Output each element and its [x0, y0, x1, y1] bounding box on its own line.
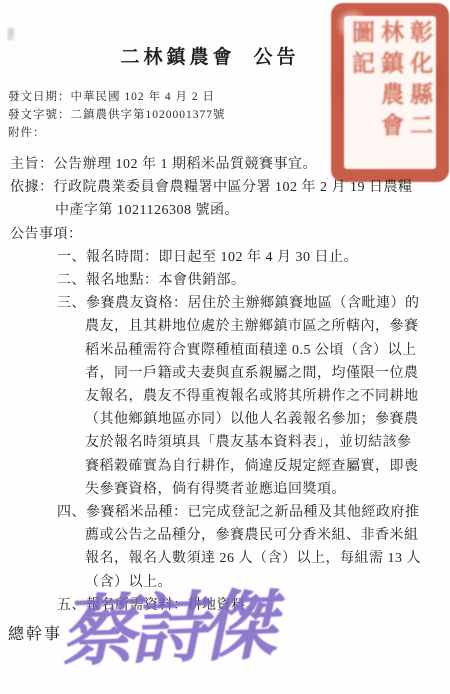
issue-date-line: 發文日期：中華民國 102 年 4 月 2 日	[8, 88, 226, 106]
subject-label: 主旨：	[10, 157, 54, 172]
item-line: （其他鄉鎮地區亦同）以他人名義報名參加；參賽農	[85, 408, 446, 431]
item-line: 友報名，農友不得重複報名或將其所耕作之不同耕地	[85, 385, 446, 408]
item-text: 參賽稻米品種：已完成登記之新品種及其他經政府推	[86, 505, 420, 520]
announcement-item-3: 三、參賽農友資格：居住於主辦鄉鎮賽地區（含毗連）的 農友，且其耕地位處於主辦鄉鎮…	[10, 292, 446, 501]
scan-smudge	[7, 27, 15, 41]
item-text: 參賽農友資格：居住於主辦鄉鎮賽地區（含毗連）的	[86, 296, 420, 311]
basis-line-2: 中產字第 1021126308 號函。	[55, 199, 446, 222]
item-text: 報名時間：即日起至 102 年 4 月 30 日止。	[86, 250, 358, 265]
doc-type: 公告	[254, 47, 300, 68]
item-number: 三、	[57, 296, 86, 311]
subject-line: 主旨：公告辦理 102 年 1 期稻米品質競賽事宜。	[10, 153, 446, 176]
item-number: 四、	[57, 505, 86, 520]
item-line: 三、參賽農友資格：居住於主辦鄉鎮賽地區（含毗連）的	[57, 292, 446, 315]
announcement-item-1: 一、報名時間：即日起至 102 年 4 月 30 日止。	[10, 246, 446, 269]
signer-title: 總幹事	[8, 621, 62, 644]
seal-column: 彰化縣二	[405, 20, 433, 165]
announcement-item-4: 四、參賽稻米品種：已完成登記之新品種及其他經政府推 薦或公告之品種分，參賽農民可…	[10, 501, 446, 594]
item-text: 報名地點：本會供銷部。	[86, 273, 246, 288]
document-meta: 發文日期：中華民國 102 年 4 月 2 日 發文字號：二鎮農供字第10200…	[8, 88, 226, 142]
item-line: 薦或公告之品種分，參賽農民可分香米組、非香米組	[85, 524, 446, 547]
announcement-document: 二林鎮農會公告 彰化縣二 林鎮農會 圖記 發文日期：中華民國 102 年 4 月…	[0, 0, 450, 694]
subject-text: 公告辦理 102 年 1 期稻米品質競賽事宜。	[54, 157, 318, 172]
seal-column: 圖記	[347, 20, 375, 165]
item-line: 報名，報名人數須達 26 人（含）以上，每組需 13 人	[85, 547, 446, 570]
item-line: 稻米品種需符合實際種植面積達 0.5 公頃（含）以上	[85, 339, 446, 362]
signature-stamp: 蔡詩傑	[58, 580, 271, 679]
ref-number-line: 發文字號：二鎮農供字第1020001377號	[8, 106, 226, 124]
announcement-item-2: 二、報名地點：本會供銷部。	[10, 269, 446, 292]
item-line: 二、報名地點：本會供銷部。	[57, 269, 446, 292]
attachment-line: 附件：	[8, 124, 226, 142]
official-seal-text: 彰化縣二 林鎮農會 圖記	[344, 16, 436, 169]
item-line: 友於報名時須填具「農友基本資料表」，並切結該參	[85, 431, 446, 454]
basis-line-1: 依據：行政院農業委員會農糧署中區分署 102 年 2 月 19 日農糧	[10, 176, 446, 199]
document-body: 主旨：公告辦理 102 年 1 期稻米品質競賽事宜。 依據：行政院農業委員會農糧…	[10, 153, 446, 617]
item-line: 四、參賽稻米品種：已完成登記之新品種及其他經政府推	[57, 501, 446, 524]
item-number: 一、	[57, 250, 86, 265]
announcement-heading: 公告事項：	[10, 223, 446, 246]
item-number: 二、	[57, 273, 86, 288]
seal-column: 林鎮農會	[376, 20, 404, 165]
item-line: 一、報名時間：即日起至 102 年 4 月 30 日止。	[57, 246, 446, 269]
item-line: 賽稻穀確實為自行耕作，倘違反規定經查屬實，即喪	[85, 455, 446, 478]
item-line: 者，同一戶籍或夫妻與直系親屬之間，均僅限一位農	[85, 362, 446, 385]
basis-label: 依據：	[10, 180, 54, 195]
basis-text-1: 行政院農業委員會農糧署中區分署 102 年 2 月 19 日農糧	[54, 180, 413, 195]
item-line: 農友，且其耕地位處於主辦鄉鎮市區之所轄內，參賽	[85, 315, 446, 338]
item-line: 失參賽資格，倘有得獎者並應追回獎項。	[85, 478, 446, 501]
org-name: 二林鎮農會	[120, 47, 235, 68]
